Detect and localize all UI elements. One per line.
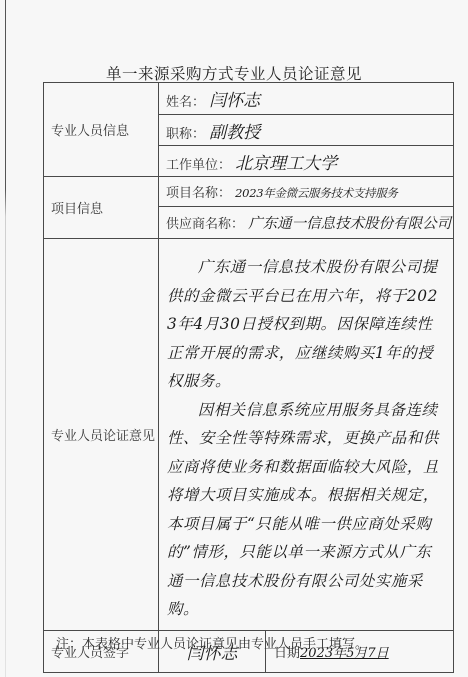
opinion-label: 专业人员论证意见 bbox=[44, 239, 159, 631]
title-label: 职称： bbox=[166, 127, 205, 142]
supplier-field: 供应商名称： 广东通一信息技术股份有限公司 bbox=[159, 207, 454, 239]
name-field: 姓名： 闫怀志 bbox=[159, 83, 454, 115]
scan-edge bbox=[5, 0, 6, 677]
supplier-label: 供应商名称： bbox=[166, 217, 244, 232]
workplace-label: 工作单位： bbox=[166, 158, 231, 173]
title-field: 职称： 副教授 bbox=[159, 115, 454, 146]
name-label: 姓名： bbox=[166, 95, 205, 110]
workplace-value: 北京理工大学 bbox=[235, 154, 337, 174]
page-title: 单一来源采购方式专业人员论证意见 bbox=[0, 62, 468, 84]
opinion-paragraph: 广东通一信息技术股份有限公司提供的金微云平台已在用六年，将于2023年4月30日… bbox=[167, 253, 447, 396]
name-value: 闫怀志 bbox=[209, 91, 260, 111]
supplier-value: 广东通一信息技术股份有限公司 bbox=[248, 216, 451, 232]
opinion-text: 广东通一信息技术股份有限公司提供的金微云平台已在用六年，将于2023年4月30日… bbox=[159, 239, 454, 631]
workplace-field: 工作单位： 北京理工大学 bbox=[159, 146, 454, 177]
demonstration-form: 专业人员信息 姓名： 闫怀志 职称： 副教授 工作单位： 北京理工大学 项目信息… bbox=[43, 82, 454, 673]
project-name-label: 项目名称： bbox=[166, 186, 231, 201]
project-name-field: 项目名称： 2023年金微云服务技术支持服务 bbox=[159, 177, 454, 207]
project-name-value: 2023年金微云服务技术支持服务 bbox=[235, 186, 397, 200]
expert-info-label: 专业人员信息 bbox=[44, 83, 159, 177]
title-value: 副教授 bbox=[209, 123, 260, 143]
opinion-paragraph: 因相关信息系统应用服务具备连续性、安全性等特殊需求，更换产品和供应商将使业务和数… bbox=[167, 396, 447, 624]
footnote: 注：本表格中专业人员论证意见由专业人员手工填写。 bbox=[56, 633, 368, 652]
project-info-label: 项目信息 bbox=[44, 177, 159, 239]
